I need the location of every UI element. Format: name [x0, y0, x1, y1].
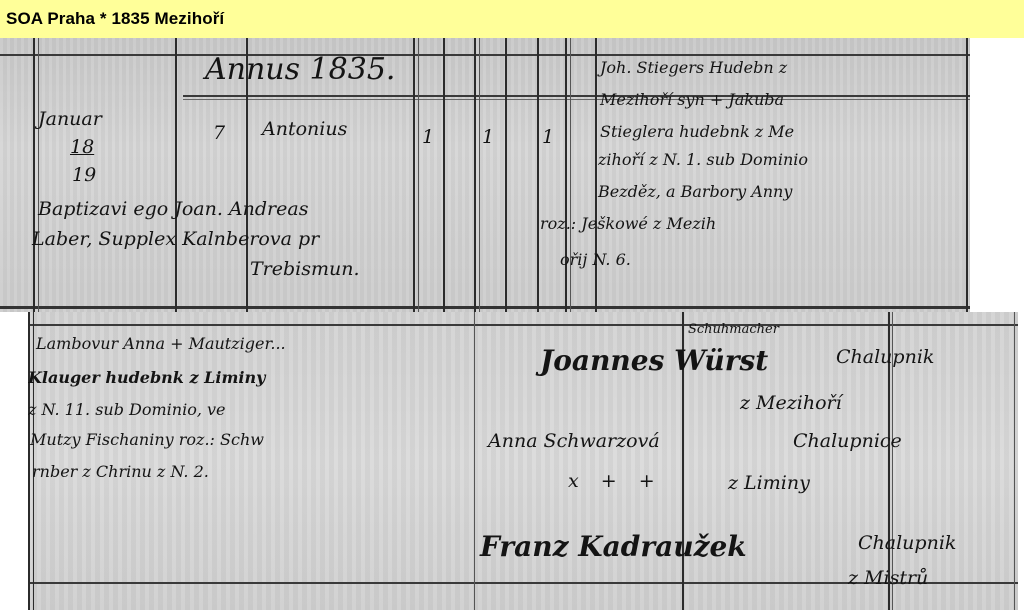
parents-line: Bezděz, a Barbory Anny	[598, 182, 792, 201]
column-rule	[537, 38, 539, 312]
column-rule	[474, 312, 475, 610]
midwife-status: Chalupnik	[858, 532, 956, 554]
column-rule	[175, 38, 177, 312]
column-rule	[443, 38, 445, 312]
mother-line: z N. 11. sub Dominio, ve	[28, 400, 226, 419]
godparent1-status: Chalupnik	[836, 346, 934, 368]
ruling-line	[183, 95, 970, 97]
scan-top-page: Annus 1835. Januar 18 19 7 Antonius 1 1 …	[0, 38, 970, 312]
godparent1-role: Schuhmacher	[688, 322, 779, 337]
godparent1-name: Joannes Würst	[540, 344, 768, 377]
godparent1-place: z Mezihoří	[740, 392, 842, 414]
godparent2-marks: x + +	[568, 470, 663, 492]
parents-line: Joh. Stiegers Hudebn z	[600, 58, 787, 77]
parents-line: ořij N. 6.	[560, 250, 631, 269]
baptism-note-line: Trebismun.	[250, 258, 360, 280]
mother-line: Lambovur Anna + Mautziger...	[36, 334, 286, 353]
tally-3: 1	[542, 126, 554, 148]
ruling-line	[0, 306, 970, 309]
column-rule	[418, 38, 419, 312]
column-rule	[966, 38, 968, 312]
tally-1: 1	[422, 126, 434, 148]
scan-bottom-page: Lambovur Anna + Mautziger... Klauger hud…	[28, 312, 1018, 610]
ruling-line	[28, 324, 1018, 326]
baptism-note-line: Laber, Supplex Kalnberova pr	[32, 228, 319, 250]
midwife-place: z Mistrů	[848, 567, 928, 589]
midwife-name: Franz Kadraužek	[480, 530, 747, 563]
birth-day: 18	[70, 136, 94, 158]
godparent2-name: Anna Schwarzová	[488, 430, 660, 452]
tally-2: 1	[482, 126, 494, 148]
parents-line: Mezihoří syn + Jakuba	[600, 90, 784, 109]
column-rule	[595, 38, 597, 312]
title-bar: SOA Praha * 1835 Mezihoří	[0, 0, 1024, 38]
house-number: 7	[213, 122, 225, 144]
column-rule	[28, 312, 30, 610]
ruling-line	[183, 99, 970, 100]
column-rule	[33, 38, 35, 312]
godparent2-place: z Liminy	[728, 472, 810, 494]
year-heading: Annus 1835.	[205, 52, 395, 87]
godparent2-status: Chalupnice	[793, 430, 902, 452]
month: Januar	[38, 108, 102, 130]
column-rule	[565, 38, 567, 312]
baptism-note-line: Baptizavi ego Joan. Andreas	[38, 198, 308, 220]
parents-line: zihoří z N. 1. sub Dominio	[598, 150, 808, 169]
column-rule	[474, 38, 476, 312]
child-name: Antonius	[262, 118, 347, 140]
ruling-line	[0, 54, 970, 56]
column-rule	[413, 38, 415, 312]
column-rule	[505, 38, 507, 312]
column-rule	[479, 38, 480, 312]
column-rule	[1014, 312, 1015, 610]
column-rule	[33, 312, 34, 610]
parents-line: roz.: Ješkowé z Mezih	[540, 214, 716, 233]
page-title: SOA Praha * 1835 Mezihoří	[6, 9, 224, 29]
mother-line: Klauger hudebnk z Liminy	[28, 368, 265, 387]
mother-line: Mutzy Fischaniny roz.: Schw	[30, 430, 264, 449]
baptism-day: 19	[72, 164, 96, 186]
column-rule	[38, 38, 39, 312]
column-rule	[570, 38, 571, 312]
mother-line: rnber z Chrinu z N. 2.	[32, 462, 209, 481]
parents-line: Stieglera hudebnk z Me	[600, 122, 794, 141]
